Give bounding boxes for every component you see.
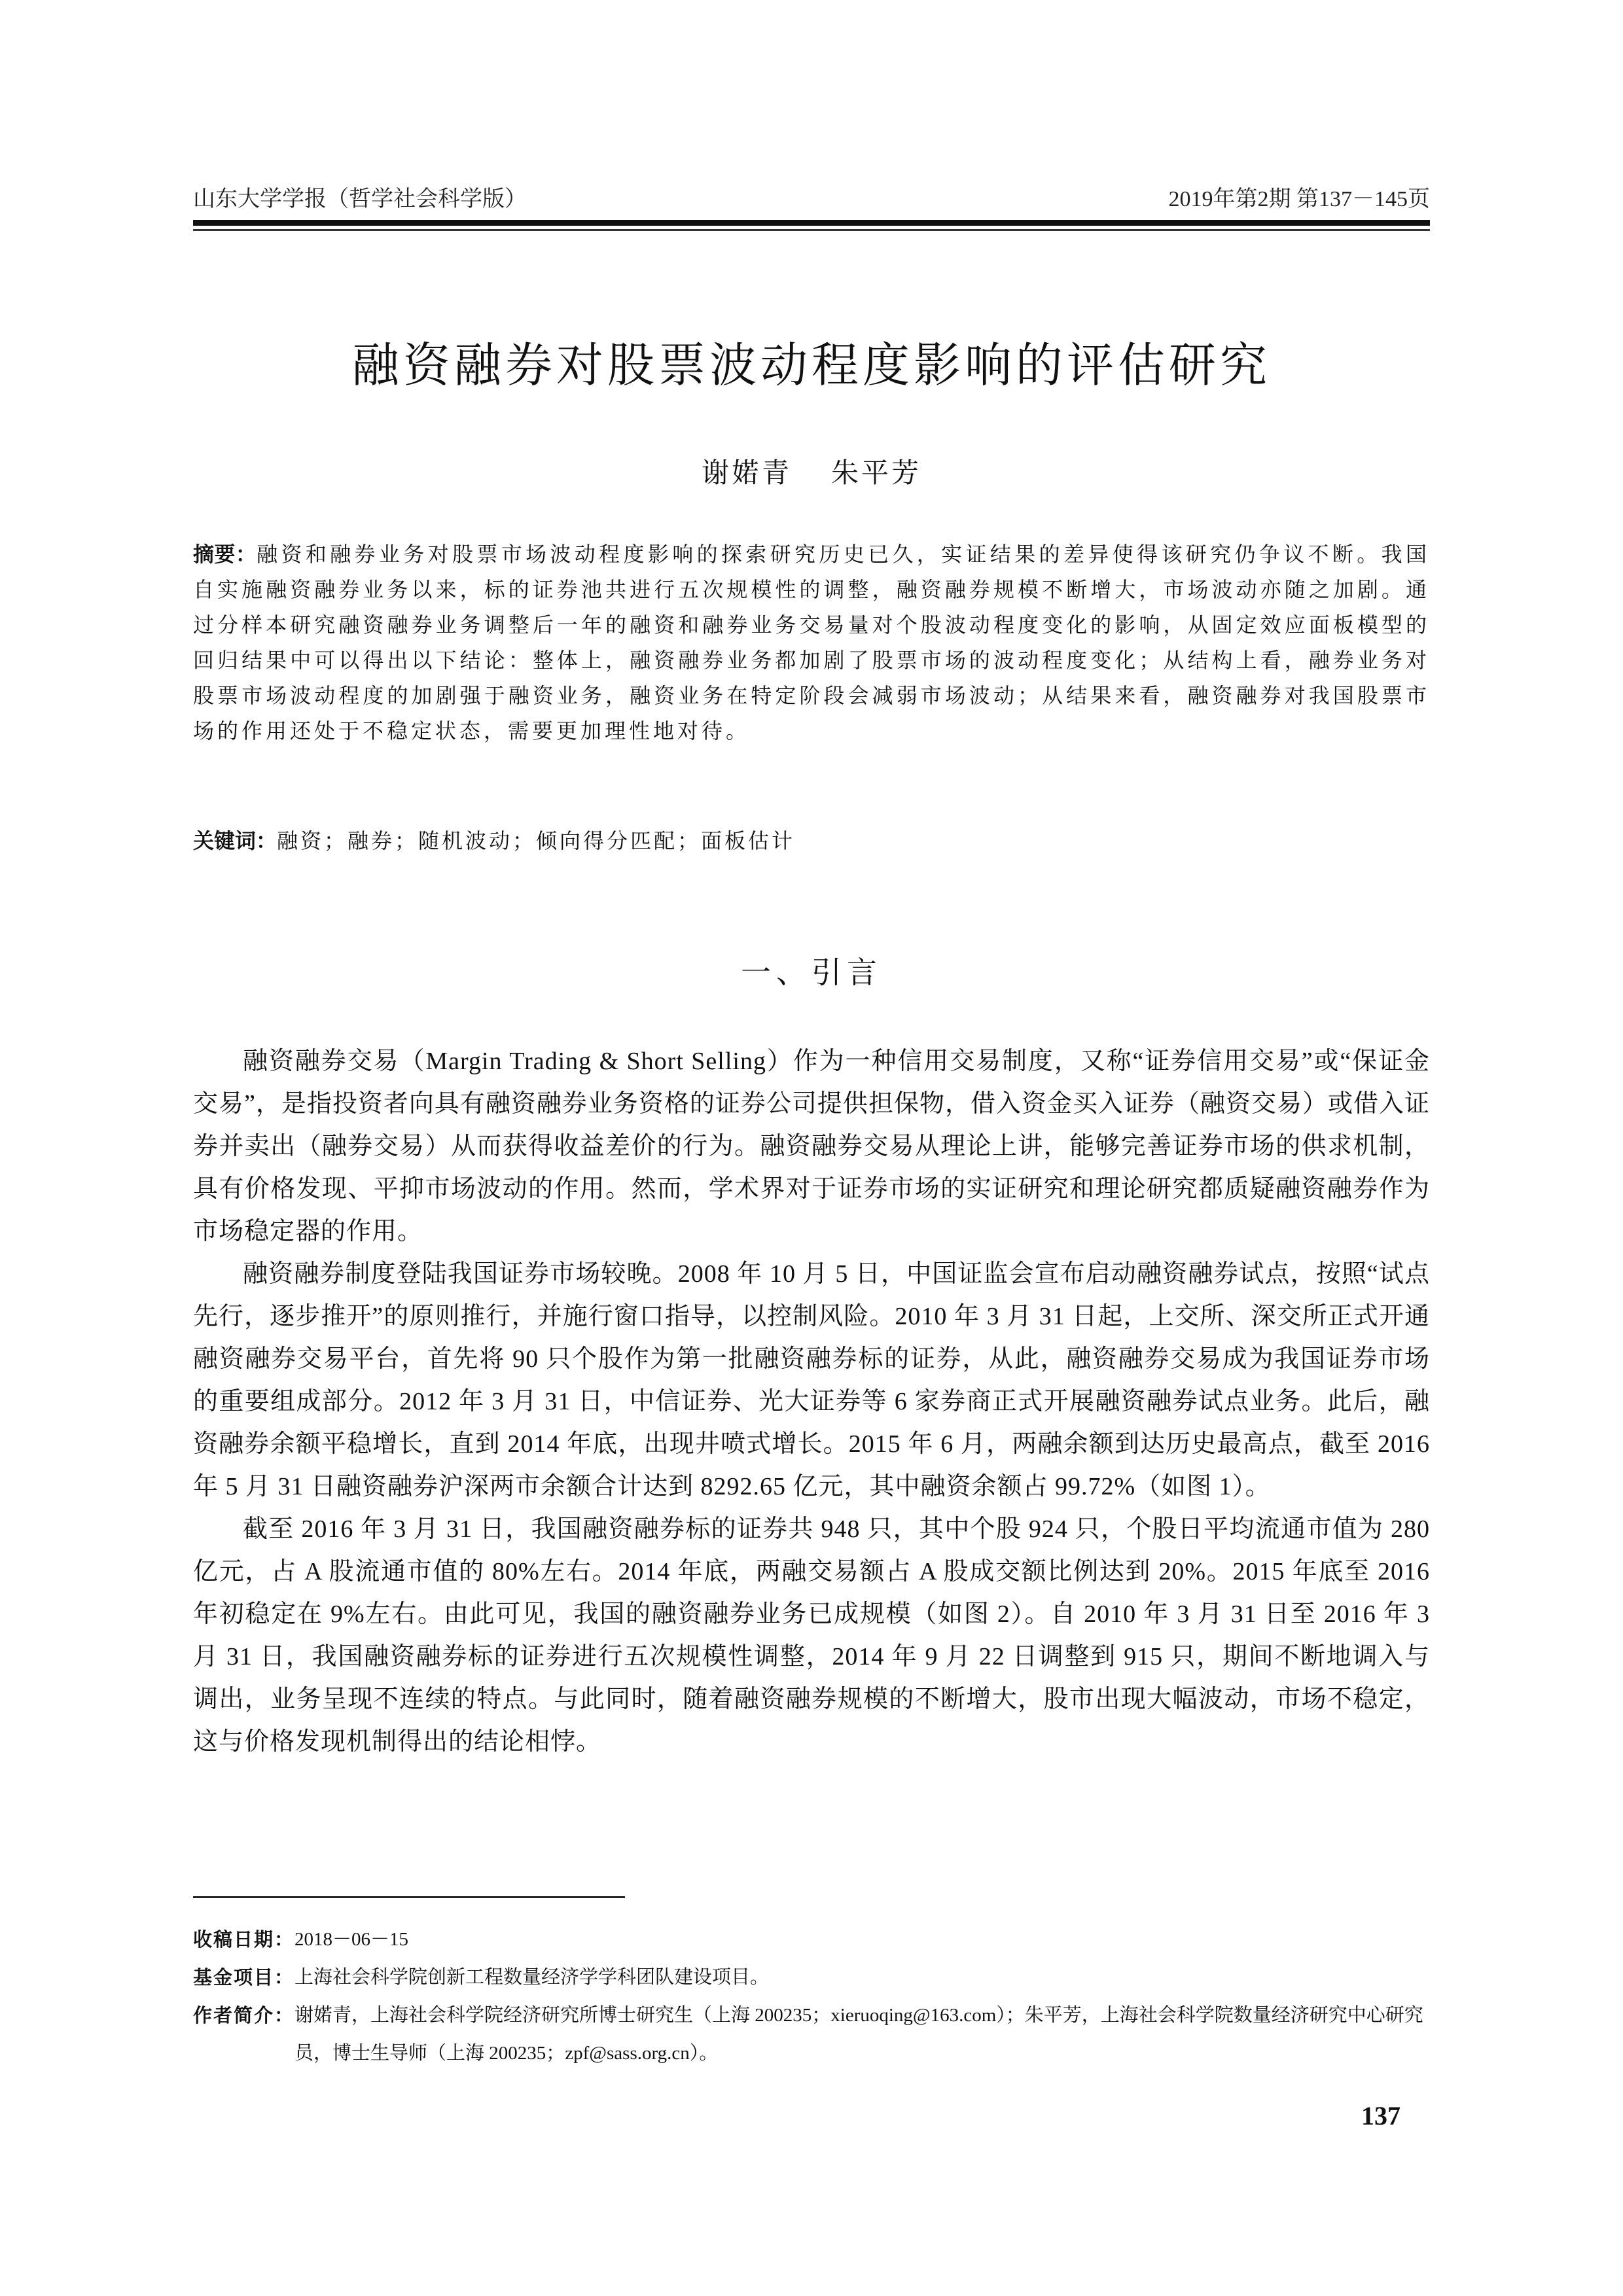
keywords-label: 关键词： bbox=[193, 828, 277, 853]
author-list: 谢婼青朱平芳 bbox=[157, 451, 1466, 491]
issue-pages: 2019年第2期 第137－145页 bbox=[1169, 181, 1431, 213]
author-name: 朱平芳 bbox=[831, 457, 921, 489]
bio-value: 谢婼青，上海社会科学院经济研究所博士研究生（上海 200235；xieruoqi… bbox=[294, 1996, 1430, 2072]
body-paragraph: 融资融券制度登陆我国证券市场较晚。2008 年 10 月 5 日，中国证监会宣布… bbox=[193, 1253, 1430, 1508]
abstract: 摘要：融资和融券业务对股票市场波动程度影响的探索研究历史已久，实证结果的差异使得… bbox=[193, 537, 1430, 749]
header-rule-thick bbox=[193, 220, 1430, 226]
received-value: 2018－06－15 bbox=[294, 1920, 1430, 1958]
section-heading: 一、引言 bbox=[157, 949, 1466, 992]
page-number: 137 bbox=[1361, 2100, 1400, 2131]
journal-name: 山东大学学报（哲学社会科学版） bbox=[193, 181, 527, 213]
running-header: 山东大学学报（哲学社会科学版） 2019年第2期 第137－145页 bbox=[193, 186, 1430, 213]
body-paragraph: 截至 2016 年 3 月 31 日，我国融资融券标的证券共 948 只，其中个… bbox=[193, 1508, 1430, 1763]
bio-label: 作者简介： bbox=[193, 1996, 294, 2072]
fund-label: 基金项目： bbox=[193, 1958, 294, 1996]
body-paragraph: 融资融券交易（Margin Trading & Short Selling）作为… bbox=[193, 1040, 1430, 1253]
footnote-received: 收稿日期： 2018－06－15 bbox=[193, 1920, 1430, 1958]
header-rule-thin bbox=[193, 229, 1430, 231]
footnotes: 收稿日期： 2018－06－15 基金项目： 上海社会科学院创新工程数量经济学学… bbox=[193, 1920, 1430, 2072]
received-label: 收稿日期： bbox=[193, 1920, 294, 1958]
keywords: 关键词：融资；融券；随机波动；倾向得分匹配；面板估计 bbox=[193, 823, 1430, 858]
body-text: 融资融券交易（Margin Trading & Short Selling）作为… bbox=[193, 1040, 1430, 1763]
footnote-rule bbox=[193, 1896, 625, 1898]
abstract-label: 摘要： bbox=[193, 542, 257, 567]
footnote-fund: 基金项目： 上海社会科学院创新工程数量经济学学科团队建设项目。 bbox=[193, 1958, 1430, 1996]
keywords-text: 融资；融券；随机波动；倾向得分匹配；面板估计 bbox=[277, 828, 795, 853]
abstract-text: 融资和融券业务对股票市场波动程度影响的探索研究历史已久，实证结果的差异使得该研究… bbox=[193, 542, 1430, 743]
fund-value: 上海社会科学院创新工程数量经济学学科团队建设项目。 bbox=[294, 1958, 1430, 1996]
footnote-bio: 作者简介： 谢婼青，上海社会科学院经济研究所博士研究生（上海 200235；xi… bbox=[193, 1996, 1430, 2072]
article-title: 融资融券对股票波动程度影响的评估研究 bbox=[157, 327, 1466, 395]
author-name: 谢婼青 bbox=[702, 457, 792, 489]
